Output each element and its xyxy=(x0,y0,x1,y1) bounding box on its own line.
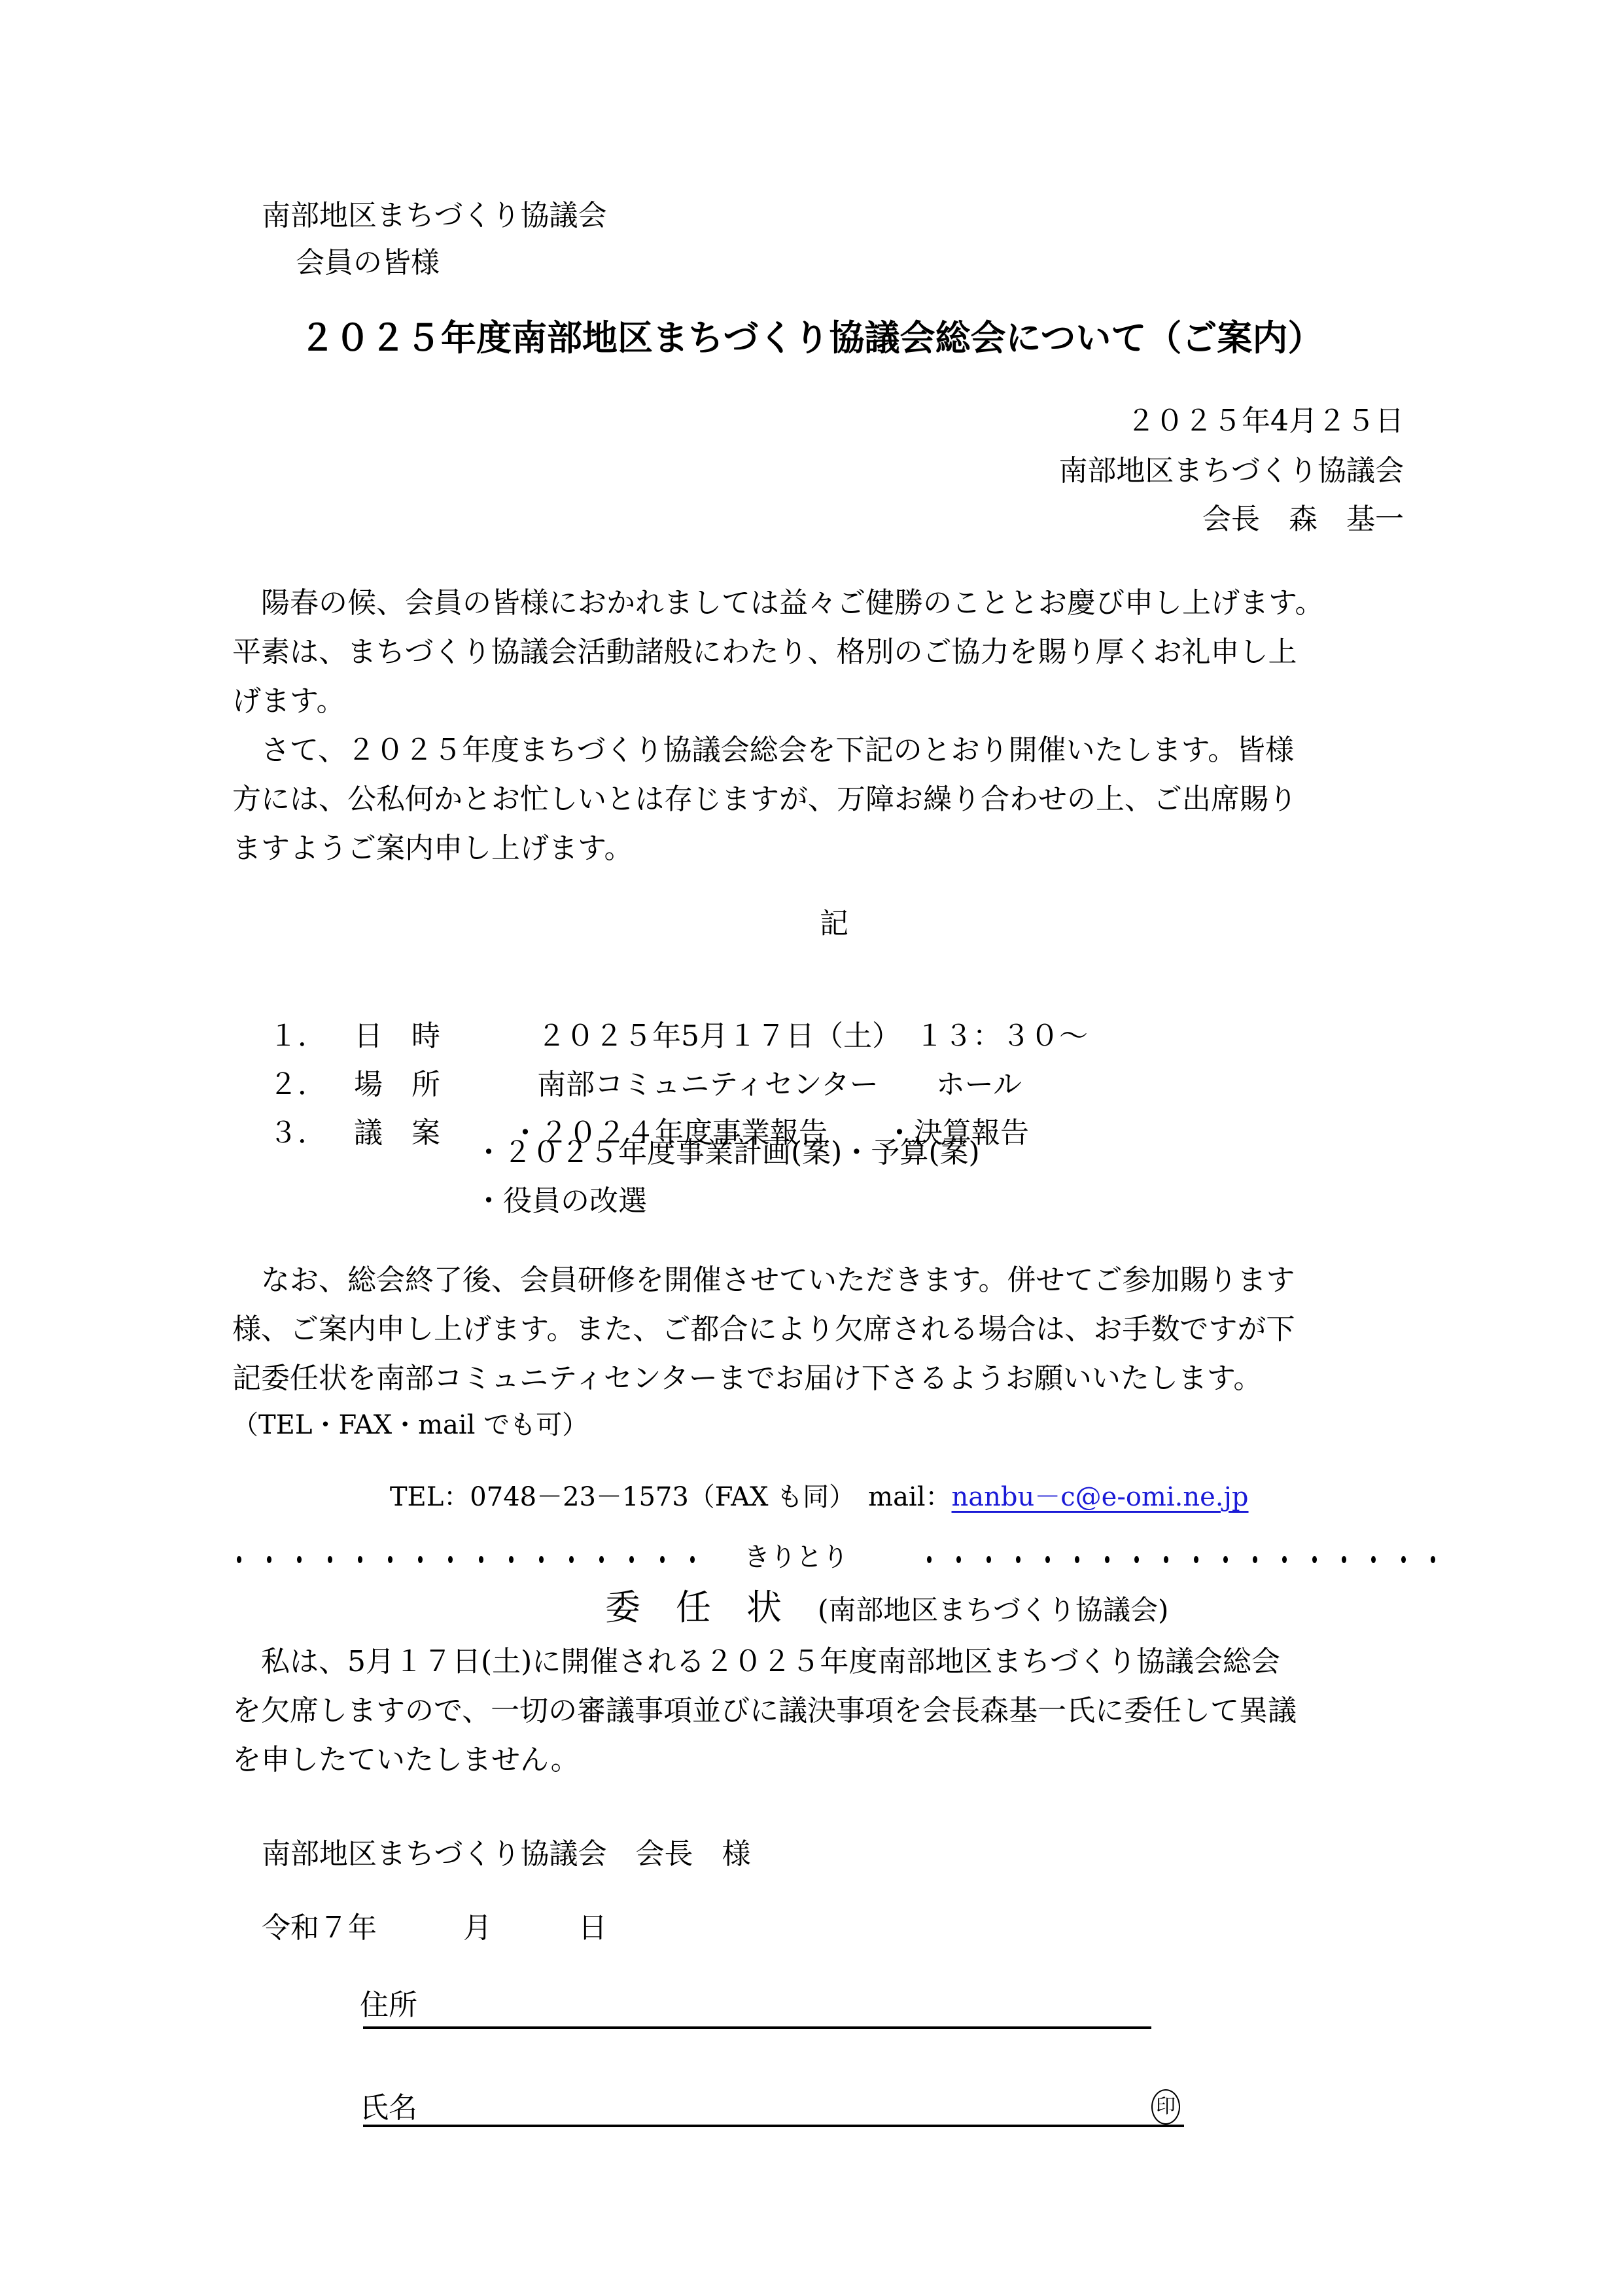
proxy-title: 委 任 状 xyxy=(605,1590,782,1625)
cut-dot xyxy=(237,1556,241,1563)
cut-dots-left xyxy=(237,1556,695,1563)
notes-line: なお、総会終了後、会員研修を開催させていただきます。併せてご参加賜ります xyxy=(232,1266,1295,1295)
cut-dot xyxy=(927,1556,932,1563)
proxy-subtitle: (南部地区まちづくり協議会) xyxy=(818,1597,1168,1624)
address-label: 住所 xyxy=(360,1991,417,2020)
cut-label: きりとり xyxy=(744,1544,848,1570)
cut-dot xyxy=(448,1556,453,1563)
cut-dot xyxy=(1164,1556,1168,1563)
cut-dot xyxy=(569,1556,574,1563)
cut-dot xyxy=(297,1556,302,1563)
cut-dots-right xyxy=(927,1556,1435,1563)
notes-line: 記委任状を南部コミュニティセンターまでお届け下さるようお願いいたします。 xyxy=(232,1364,1262,1393)
cut-dot xyxy=(1134,1556,1139,1563)
proxy-date: 令和７年 月 日 xyxy=(262,1914,607,1943)
cut-dot xyxy=(1401,1556,1406,1563)
contact-phone: TEL：0748－23－1573（FAX も同） mail： xyxy=(390,1482,952,1512)
cut-dot xyxy=(1016,1556,1021,1563)
cut-dot xyxy=(1312,1556,1317,1563)
cut-dot xyxy=(509,1556,514,1563)
cut-dot xyxy=(1371,1556,1376,1563)
document-title: ２０２５年度南部地区まちづくり協議会総会について（ご案内） xyxy=(300,321,1323,356)
proxy-line: を申したていたしません。 xyxy=(232,1746,580,1775)
cut-dot xyxy=(358,1556,362,1563)
cut-dot xyxy=(1431,1556,1435,1563)
email-link[interactable]: nanbu－c@e-omi.ne.jp xyxy=(952,1482,1249,1512)
cut-dot xyxy=(1045,1556,1050,1563)
name-field[interactable] xyxy=(363,2125,1184,2127)
ki-heading: 記 xyxy=(820,910,848,938)
cut-dot xyxy=(328,1556,332,1563)
contact-line: TEL：0748－23－1573（FAX も同） mail：nanbu－c@e-… xyxy=(357,1458,1249,1536)
cut-dot xyxy=(418,1556,423,1563)
cut-dot xyxy=(1075,1556,1079,1563)
cut-dot xyxy=(956,1556,961,1563)
body-line: さて、２０２５年度まちづくり協議会総会を下記のとおり開催いたします。皆様 xyxy=(232,736,1294,765)
proxy-line: 私は、5月１７日(土)に開催される２０２５年度南部地区まちづくり協議会総会 xyxy=(232,1648,1280,1676)
cut-line: きりとり xyxy=(237,1544,1435,1577)
proxy-line: を欠席しますので、一切の審議事項並びに議決事項を会長森基一氏に委任して異議 xyxy=(232,1697,1297,1725)
cut-dot xyxy=(388,1556,393,1563)
cut-dot xyxy=(1282,1556,1287,1563)
body-line: 方には、公私何かとお忙しいとは存じますが、万障お繰り合わせの上、ご出席賜り xyxy=(232,785,1297,814)
cut-dot xyxy=(629,1556,634,1563)
seal-mark-icon: 印 xyxy=(1151,2089,1180,2125)
cut-dot xyxy=(986,1556,991,1563)
cut-dot xyxy=(660,1556,665,1563)
name-label: 氏名 xyxy=(360,2094,417,2123)
sender-org: 南部地区まちづくり協議会 xyxy=(1058,457,1404,486)
cut-dot xyxy=(1253,1556,1257,1563)
body-line: ますようご案内申し上げます。 xyxy=(232,834,633,863)
notes-line: 様、ご案内申し上げます。また、ご都合により欠席される場合は、お手数ですが下 xyxy=(232,1315,1295,1344)
cut-dot xyxy=(690,1556,695,1563)
detail-number: ３． xyxy=(269,1119,347,1148)
address-field[interactable] xyxy=(363,2026,1151,2029)
agenda-item: ・２０２５年度事業計画(案)・予算(案) xyxy=(474,1139,980,1167)
proxy-recipient: 南部地区まちづくり協議会 会長 様 xyxy=(262,1840,751,1869)
cut-dot xyxy=(1223,1556,1228,1563)
cut-dot xyxy=(539,1556,544,1563)
notes-line: （TEL・FAX・mail でも可） xyxy=(232,1412,588,1438)
cut-dot xyxy=(1194,1556,1198,1563)
cut-dot xyxy=(1342,1556,1346,1563)
cut-dot xyxy=(1105,1556,1109,1563)
agenda-item: ・役員の改選 xyxy=(474,1187,647,1216)
addressee-org: 南部地区まちづくり協議会 xyxy=(262,202,607,230)
addressee-members: 会員の皆様 xyxy=(296,249,440,277)
sender-chair: 会長 森 基一 xyxy=(1202,505,1404,534)
body-line: げます。 xyxy=(232,687,345,716)
cut-dot xyxy=(599,1556,604,1563)
issue-date: ２０２５年4月２５日 xyxy=(1126,407,1404,436)
body-line: 平素は、まちづくり協議会活動諸般にわたり、格別のご協力を賜り厚くお礼申し上 xyxy=(232,638,1297,667)
body-line: 陽春の候、会員の皆様におかれましては益々ご健勝のこととお慶び申し上げます。 xyxy=(232,589,1323,618)
cut-dot xyxy=(479,1556,483,1563)
cut-dot xyxy=(267,1556,271,1563)
